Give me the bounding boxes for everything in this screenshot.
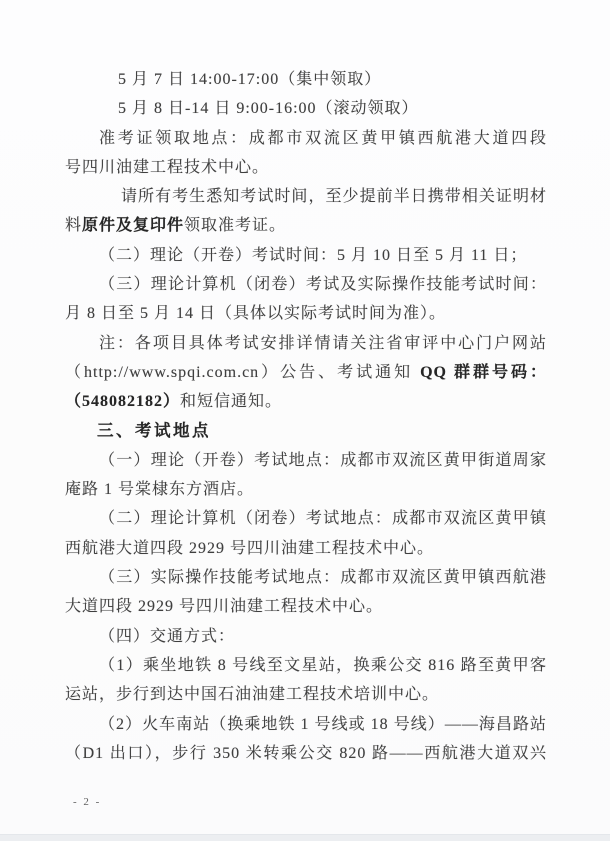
text-segment: 运站，步行到达中国石油油建工程技术培训中心。 — [65, 686, 439, 703]
text-segment: 领取准考证。 — [184, 217, 286, 234]
text-segment: 5 月 7 日 14:00-17:00（集中领取） — [118, 71, 381, 88]
text-line: 大道四段 2929 号四川油建工程技术中心。 — [65, 592, 547, 621]
text-segment: 准考证领取地点：成都市双流区黄甲镇西航港大道四段 2929 — [99, 130, 547, 153]
bold-text-segment: QQ 群群号码： — [420, 364, 547, 381]
page-number: - 2 - — [73, 796, 101, 808]
text-line: （http://www.spqi.com.cn）公告、考试通知 QQ 群群号码： — [65, 358, 547, 387]
bold-text-segment: 原件及复印件 — [82, 217, 184, 234]
text-segment: （D1 出口），步行 350 米转乘公交 820 路——西航港大道双兴路 — [65, 745, 547, 768]
text-segment: 5 月 8 日-14 日 9:00-16:00（滚动领取） — [118, 100, 419, 117]
text-line: 准考证领取地点：成都市双流区黄甲镇西航港大道四段 2929 — [99, 124, 547, 153]
text-line: （2）火车南站（换乘地铁 1 号线或 18 号线）——海昌路站 — [99, 710, 547, 739]
text-segment: 注：各项目具体考试安排详情请关注省审评中心门户网站 — [99, 335, 547, 352]
text-line: （D1 出口），步行 350 米转乘公交 820 路——西航港大道双兴路 — [65, 739, 547, 768]
document-body: 5 月 7 日 14:00-17:00（集中领取）5 月 8 日-14 日 9:… — [65, 65, 547, 768]
text-line: 料原件及复印件领取准考证。 — [65, 211, 547, 240]
scanned-document-page: 5 月 7 日 14:00-17:00（集中领取）5 月 8 日-14 日 9:… — [0, 0, 610, 841]
text-segment: 号四川油建工程技术中心。 — [65, 159, 269, 176]
section-heading: 三、考试地点 — [97, 417, 547, 446]
text-segment: 大道四段 2929 号四川油建工程技术中心。 — [65, 598, 383, 615]
text-line: 5 月 7 日 14:00-17:00（集中领取） — [118, 65, 547, 94]
text-segment: （二）理论（开卷）考试时间：5 月 10 日至 5 月 11 日； — [99, 247, 527, 264]
text-line: 注：各项目具体考试安排详情请关注省审评中心门户网站 — [99, 329, 547, 358]
text-segment: （一）理论（开卷）考试地点：成都市双流区黄甲街道周家 — [99, 452, 547, 469]
text-line: （三）理论计算机（闭卷）考试及实际操作技能考试时间：5 — [99, 270, 547, 299]
text-segment: 庵路 1 号棠棣东方酒店。 — [65, 481, 254, 498]
text-line: 月 8 日至 5 月 14 日（具体以实际考试时间为准）。 — [65, 299, 547, 328]
text-segment: （四）交通方式： — [99, 628, 235, 645]
text-line: 号四川油建工程技术中心。 — [65, 153, 547, 182]
text-segment: （三）实际操作技能考试地点：成都市双流区黄甲镇西航港 — [99, 569, 547, 586]
text-line: （二）理论（开卷）考试时间：5 月 10 日至 5 月 11 日； — [99, 241, 547, 270]
text-segment: （2）火车南站（换乘地铁 1 号线或 18 号线）——海昌路站 — [99, 716, 547, 733]
bold-text-segment: （548082182） — [65, 393, 180, 410]
text-segment: 西航港大道四段 2929 号四川油建工程技术中心。 — [65, 540, 434, 557]
text-segment: （三）理论计算机（闭卷）考试及实际操作技能考试时间：5 — [99, 276, 547, 299]
text-line: （548082182）和短信通知。 — [65, 387, 547, 416]
text-segment: （二）理论计算机（闭卷）考试地点：成都市双流区黄甲镇 — [99, 510, 547, 527]
text-line: 运站，步行到达中国石油油建工程技术培训中心。 — [65, 680, 547, 709]
text-line: （1）乘坐地铁 8 号线至文星站，换乘公交 816 路至黄甲客 — [99, 651, 547, 680]
text-line: 请所有考生悉知考试时间，至少提前半日携带相关证明材 — [121, 182, 547, 211]
text-segment: 月 8 日至 5 月 14 日（具体以实际考试时间为准）。 — [65, 305, 446, 322]
text-line: （四）交通方式： — [99, 622, 547, 651]
text-segment: （1）乘坐地铁 8 号线至文星站，换乘公交 816 路至黄甲客 — [99, 657, 547, 674]
text-segment: 和短信通知。 — [180, 393, 282, 410]
text-segment: 料 — [65, 217, 82, 234]
text-line: （二）理论计算机（闭卷）考试地点：成都市双流区黄甲镇 — [99, 504, 547, 533]
text-line: 西航港大道四段 2929 号四川油建工程技术中心。 — [65, 534, 547, 563]
text-line: （三）实际操作技能考试地点：成都市双流区黄甲镇西航港 — [99, 563, 547, 592]
scan-edge-strip — [0, 834, 610, 841]
text-line: 庵路 1 号棠棣东方酒店。 — [65, 475, 547, 504]
text-line: 5 月 8 日-14 日 9:00-16:00（滚动领取） — [118, 94, 547, 123]
text-segment: （http://www.spqi.com.cn）公告、考试通知 — [65, 364, 420, 381]
text-segment: 请所有考生悉知考试时间，至少提前半日携带相关证明材 — [121, 188, 547, 205]
bold-text-segment: 三、考试地点 — [97, 422, 211, 440]
text-line: （一）理论（开卷）考试地点：成都市双流区黄甲街道周家 — [99, 446, 547, 475]
